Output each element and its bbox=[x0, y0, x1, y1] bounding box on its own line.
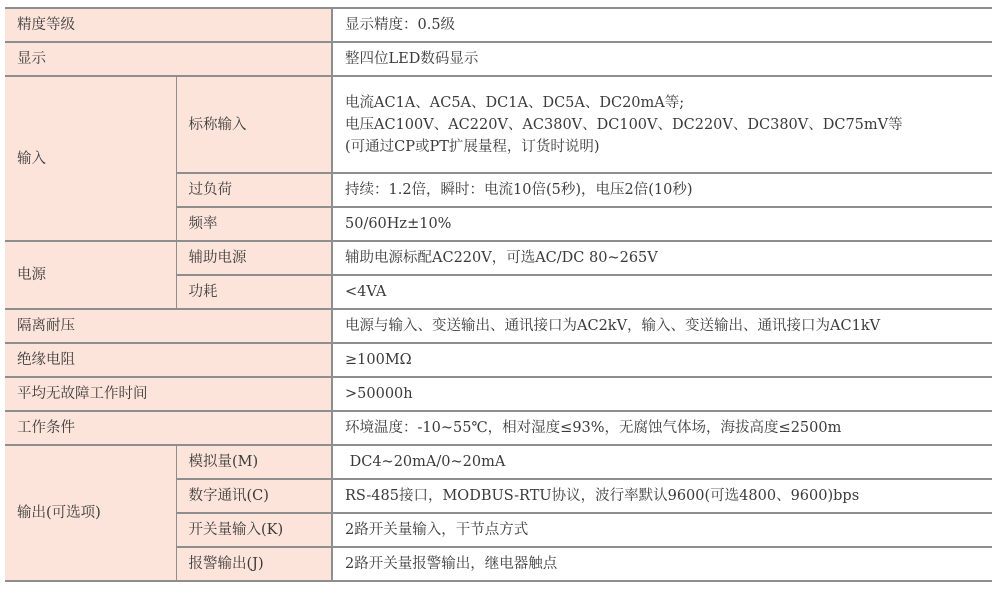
value-display: 整四位LED数码显示 bbox=[332, 42, 992, 76]
label-accuracy: 精度等级 bbox=[5, 8, 332, 42]
label-mtbf: 平均无故障工作时间 bbox=[5, 377, 332, 411]
value-frequency: 50/60Hz±10% bbox=[332, 207, 992, 241]
label-aux-power: 辅助电源 bbox=[176, 241, 332, 275]
label-conditions: 工作条件 bbox=[5, 411, 332, 445]
label-overload: 过负荷 bbox=[176, 173, 332, 207]
label-insulation: 绝缘电阻 bbox=[5, 343, 332, 377]
row-power-aux: 电源 辅助电源 辅助电源标配AC220V，可选AC/DC 80~265V bbox=[5, 241, 992, 275]
nominal-voltage: 电压AC100V、AC220V、AC380V、DC100V、DC220V、DC3… bbox=[345, 114, 992, 136]
value-accuracy: 显示精度：0.5级 bbox=[332, 8, 992, 42]
row-mtbf: 平均无故障工作时间 >50000h bbox=[5, 377, 992, 411]
row-insulation: 绝缘电阻 ≥100MΩ bbox=[5, 343, 992, 377]
row-conditions: 工作条件 环境温度：-10~55℃，相对湿度≤93%，无腐蚀气体场，海拔高度≤2… bbox=[5, 411, 992, 445]
label-switch-input: 开关量输入(K) bbox=[176, 513, 332, 547]
value-conditions: 环境温度：-10~55℃，相对湿度≤93%，无腐蚀气体场，海拔高度≤2500m bbox=[332, 411, 992, 445]
value-alarm: 2路开关量报警输出，继电器触点 bbox=[332, 547, 992, 581]
label-alarm: 报警输出(J) bbox=[176, 547, 332, 581]
row-output-analog: 输出(可选项) 模拟量(M) DC4~20mA/0~20mA bbox=[5, 445, 992, 479]
value-overload: 持续：1.2倍，瞬时：电流10倍(5秒)，电压2倍(10秒) bbox=[332, 173, 992, 207]
value-consumption: <4VA bbox=[332, 275, 992, 309]
label-isolation: 隔离耐压 bbox=[5, 309, 332, 343]
row-display: 显示 整四位LED数码显示 bbox=[5, 42, 992, 76]
value-mtbf: >50000h bbox=[332, 377, 992, 411]
label-nominal-input: 标称输入 bbox=[176, 76, 332, 173]
value-isolation: 电源与输入、变送输出、通讯接口为AC2kV，输入、变送输出、通讯接口为AC1kV bbox=[332, 309, 992, 343]
group-output: 输出(可选项) bbox=[5, 445, 176, 581]
row-accuracy: 精度等级 显示精度：0.5级 bbox=[5, 8, 992, 42]
row-isolation: 隔离耐压 电源与输入、变送输出、通讯接口为AC2kV，输入、变送输出、通讯接口为… bbox=[5, 309, 992, 343]
label-frequency: 频率 bbox=[176, 207, 332, 241]
group-power: 电源 bbox=[5, 241, 176, 309]
value-comm: RS-485接口，MODBUS-RTU协议，波行率默认9600(可选4800、9… bbox=[332, 479, 992, 513]
value-aux-power: 辅助电源标配AC220V，可选AC/DC 80~265V bbox=[332, 241, 992, 275]
nominal-note: (可通过CP或PT扩展量程，订货时说明) bbox=[345, 136, 992, 158]
label-analog: 模拟量(M) bbox=[176, 445, 332, 479]
row-input-nominal: 输入 标称输入 电流AC1A、AC5A、DC1A、DC5A、DC20mA等; 电… bbox=[5, 76, 992, 173]
value-analog: DC4~20mA/0~20mA bbox=[332, 445, 992, 479]
label-display: 显示 bbox=[5, 42, 332, 76]
nominal-current: 电流AC1A、AC5A、DC1A、DC5A、DC20mA等; bbox=[345, 92, 992, 114]
label-comm: 数字通讯(C) bbox=[176, 479, 332, 513]
label-consumption: 功耗 bbox=[176, 275, 332, 309]
value-switch-input: 2路开关量输入，干节点方式 bbox=[332, 513, 992, 547]
value-insulation: ≥100MΩ bbox=[332, 343, 992, 377]
group-input: 输入 bbox=[5, 76, 176, 241]
spec-table: 精度等级 显示精度：0.5级 显示 整四位LED数码显示 输入 标称输入 电流A… bbox=[5, 7, 992, 582]
value-nominal-input: 电流AC1A、AC5A、DC1A、DC5A、DC20mA等; 电压AC100V、… bbox=[332, 76, 992, 173]
